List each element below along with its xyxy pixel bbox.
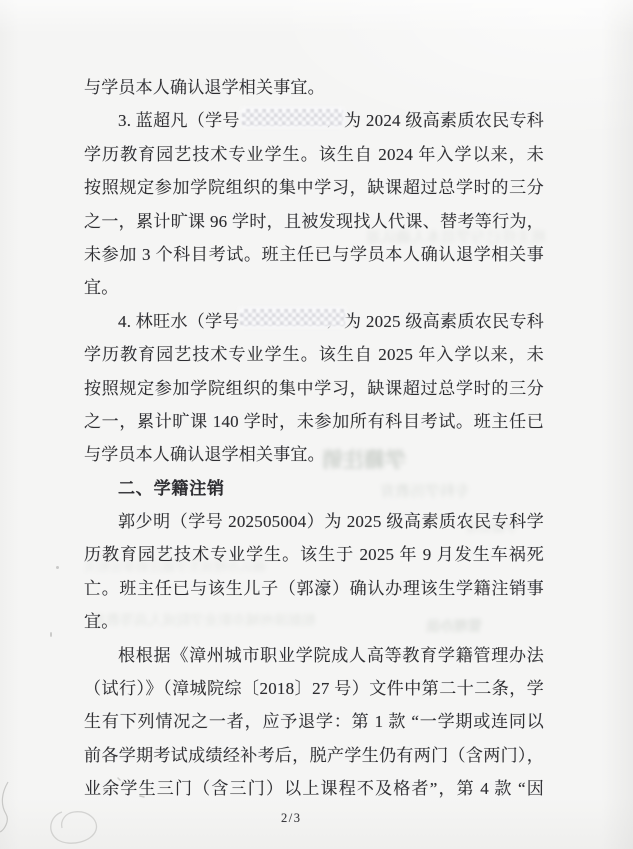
text-line: 按照规定参加学院组织的集中学习，缺课超过总学时的三分 [84,171,544,204]
redacted-student-id-mosaic-2 [240,309,345,326]
text-line: 前各学期考试成绩经补考后，脱产学生仍有两门（含两门）， [84,739,544,772]
text-line: 宜。 [84,271,544,304]
scan-speck [56,566,59,569]
text-line: 之一，累计旷课 140 学时，未参加所有科目考试。班主任已 [84,405,544,438]
text-line: 与学员本人确认退学相关事宜。 [84,71,544,104]
text-line: 郭少明（学号 202505004）为 2025 级高素质农民专科学 [84,505,544,538]
text-line: 按照规定参加学院组织的集中学习，缺课超过总学时的三分 [84,372,544,405]
text-line: 学历教育园艺技术专业学生。该生自 2024 年入学以来，未 [84,138,544,171]
text-line: 未参加 3 个科目考试。班主任已与学员本人确认退学相关事 [84,238,544,271]
scanned-document-page: 班主任已与学员本人确认退学籍注销专科学历教育学籍管理确认办理该生学籍注销事宜相关… [0,0,633,849]
text-line: 学历教育园艺技术专业学生。该生自 2025 年入学以来，未 [84,338,544,371]
text-line: 亡。班主任已与该生儿子（郭濠）确认办理该生学籍注销事 [84,572,544,605]
text-line: 业余学生三门（含三门）以上课程不及格者”，第 4 款 “因 [84,772,544,805]
page-number: 2/3 [281,811,301,826]
document-body: 与学员本人确认退学相关事宜。3. 蓝超凡（学号 ）为 2024 级高素质农民专科… [84,71,544,806]
text-line: 与学员本人确认退学相关事宜。 [84,438,544,471]
text-line: 宜。 [84,605,544,638]
text-line: （试行）》（漳城院综〔2018〕27 号）文件中第二十二条，学 [84,672,544,705]
text-line: 根根据《漳州城市职业学院成人高等教育学籍管理办法 [84,639,544,672]
section-heading: 二、学籍注销 [84,472,544,505]
scan-speck [50,632,52,637]
redacted-student-id-mosaic-1 [242,109,343,126]
text-line: 历教育园艺技术专业学生。该生于 2025 年 9 月发生车祸死 [84,538,544,571]
text-line: 生有下列情况之一者，应予退学：第 1 款 “一学期或连同以 [84,705,544,738]
text-line: 之一，累计旷课 96 学时，且被发现找人代课、替考等行为， [84,205,544,238]
